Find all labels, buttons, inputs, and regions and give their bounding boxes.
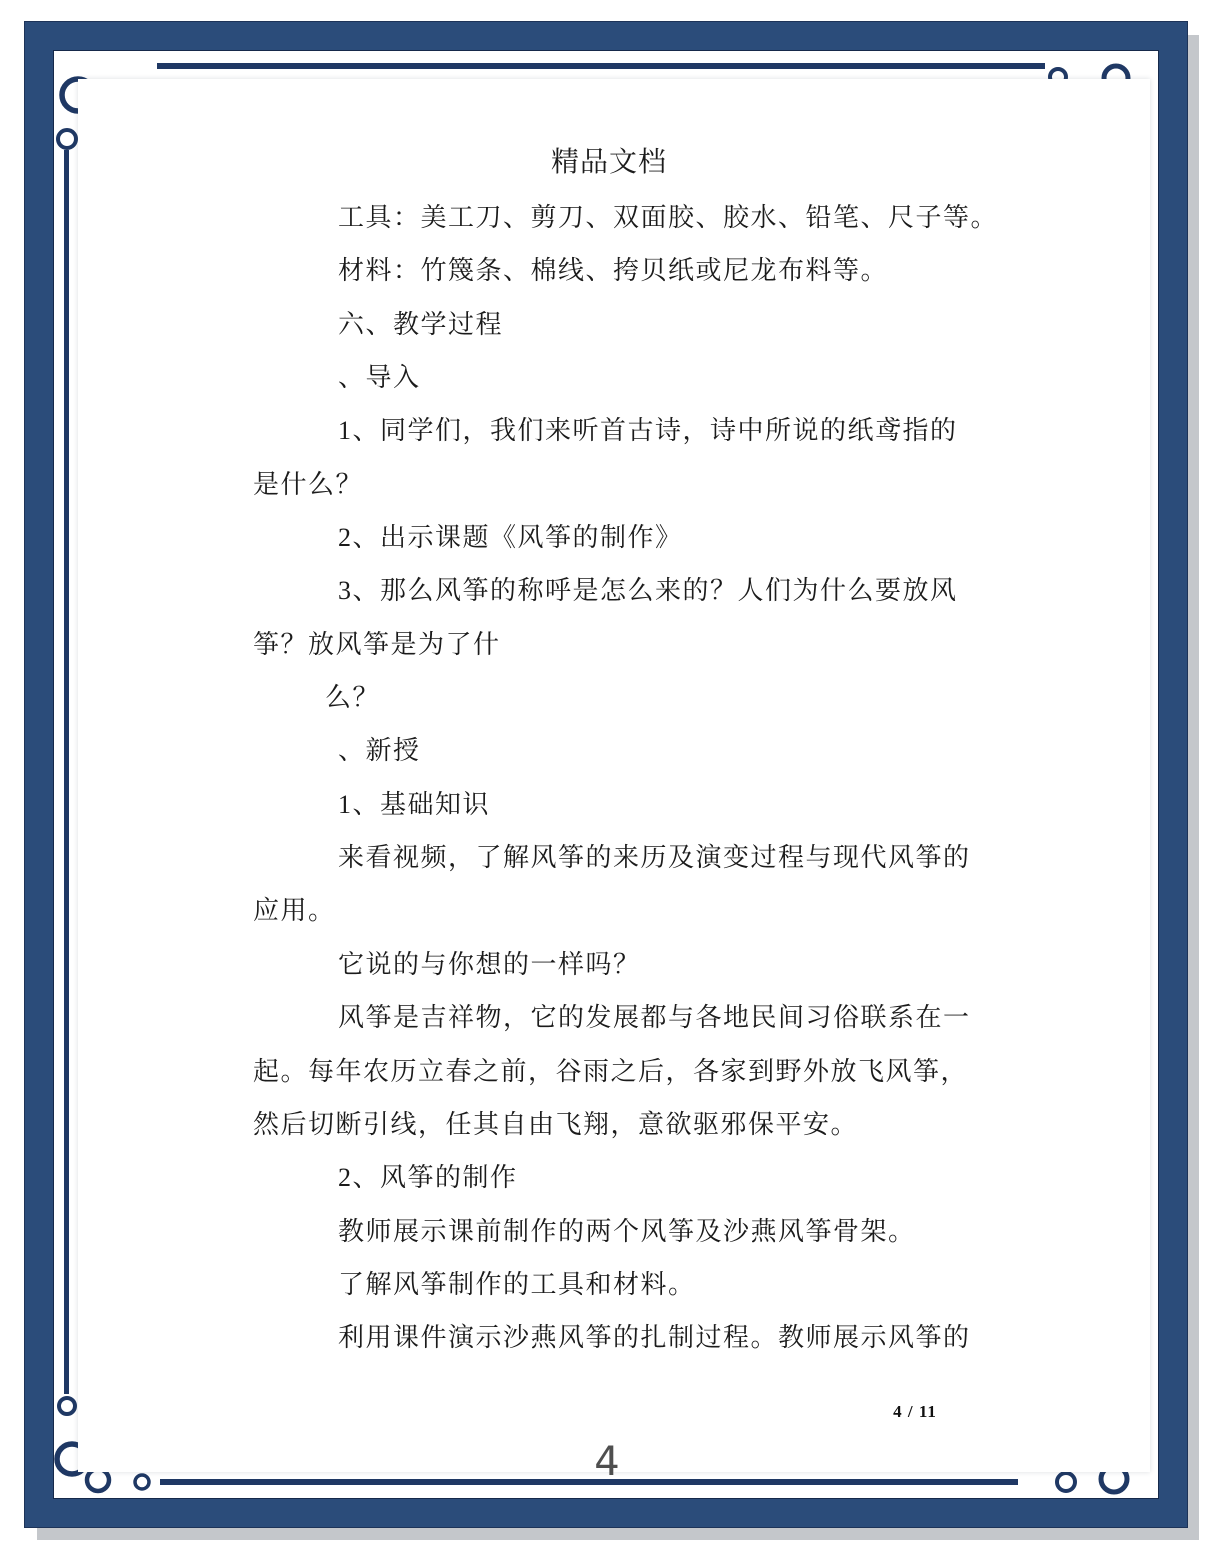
corner-ring bbox=[135, 1475, 149, 1489]
corner-ring bbox=[58, 130, 76, 148]
corner-ring bbox=[87, 1469, 109, 1491]
text-line: 应用。 bbox=[253, 884, 993, 937]
text-line: 是什么？ bbox=[253, 458, 993, 511]
inner-border-left-line bbox=[64, 150, 69, 1394]
inner-border-top-line bbox=[157, 63, 1045, 69]
text-line: 么？ bbox=[325, 671, 993, 724]
corner-ring bbox=[59, 1398, 75, 1414]
page-number: 4 bbox=[577, 1442, 637, 1482]
text-line: 起。每年农历立春之前，谷雨之后，各家到野外放飞风筝， bbox=[253, 1045, 993, 1098]
text-line: 来看视频，了解风筝的来历及演变过程与现代风筝的 bbox=[338, 831, 993, 884]
text-line: 工具：美工刀、剪刀、双面胶、胶水、铅笔、尺子等。 bbox=[338, 191, 993, 244]
corner-ring bbox=[1057, 1473, 1075, 1491]
text-line: 了解风筝制作的工具和材料。 bbox=[338, 1258, 993, 1311]
text-line: 它说的与你想的一样吗？ bbox=[338, 938, 993, 991]
watermark-title: 精品文档 bbox=[253, 140, 965, 180]
text-line: 材料：竹篾条、棉线、挎贝纸或尼龙布料等。 bbox=[338, 244, 993, 297]
document-body: 工具：美工刀、剪刀、双面胶、胶水、铅笔、尺子等。材料：竹篾条、棉线、挎贝纸或尼龙… bbox=[253, 191, 993, 1365]
page-indicator: 4 / 11 bbox=[865, 1402, 965, 1422]
text-line: 、导入 bbox=[338, 351, 993, 404]
text-line: 2、风筝的制作 bbox=[338, 1151, 993, 1204]
text-line: 2、出示课题《风筝的制作》 bbox=[338, 511, 993, 564]
text-line: 3、那么风筝的称呼是怎么来的？人们为什么要放风 bbox=[338, 564, 993, 617]
text-line: 1、同学们，我们来听首古诗，诗中所说的纸鸢指的 bbox=[338, 404, 993, 457]
text-line: 利用课件演示沙燕风筝的扎制过程。教师展示风筝的 bbox=[338, 1311, 993, 1364]
text-line: 1、基础知识 bbox=[338, 778, 993, 831]
document-screenshot: { "document": { "watermark_title": "精品文档… bbox=[0, 0, 1212, 1557]
text-line: 教师展示课前制作的两个风筝及沙燕风筝骨架。 bbox=[338, 1205, 993, 1258]
text-line: 风筝是吉祥物，它的发展都与各地民间习俗联系在一 bbox=[338, 991, 993, 1044]
text-line: 、新授 bbox=[338, 724, 993, 777]
text-line: 然后切断引线，任其自由飞翔，意欲驱邪保平安。 bbox=[253, 1098, 993, 1151]
text-line: 筝？放风筝是为了什 bbox=[253, 618, 993, 671]
text-line: 六、教学过程 bbox=[338, 298, 993, 351]
